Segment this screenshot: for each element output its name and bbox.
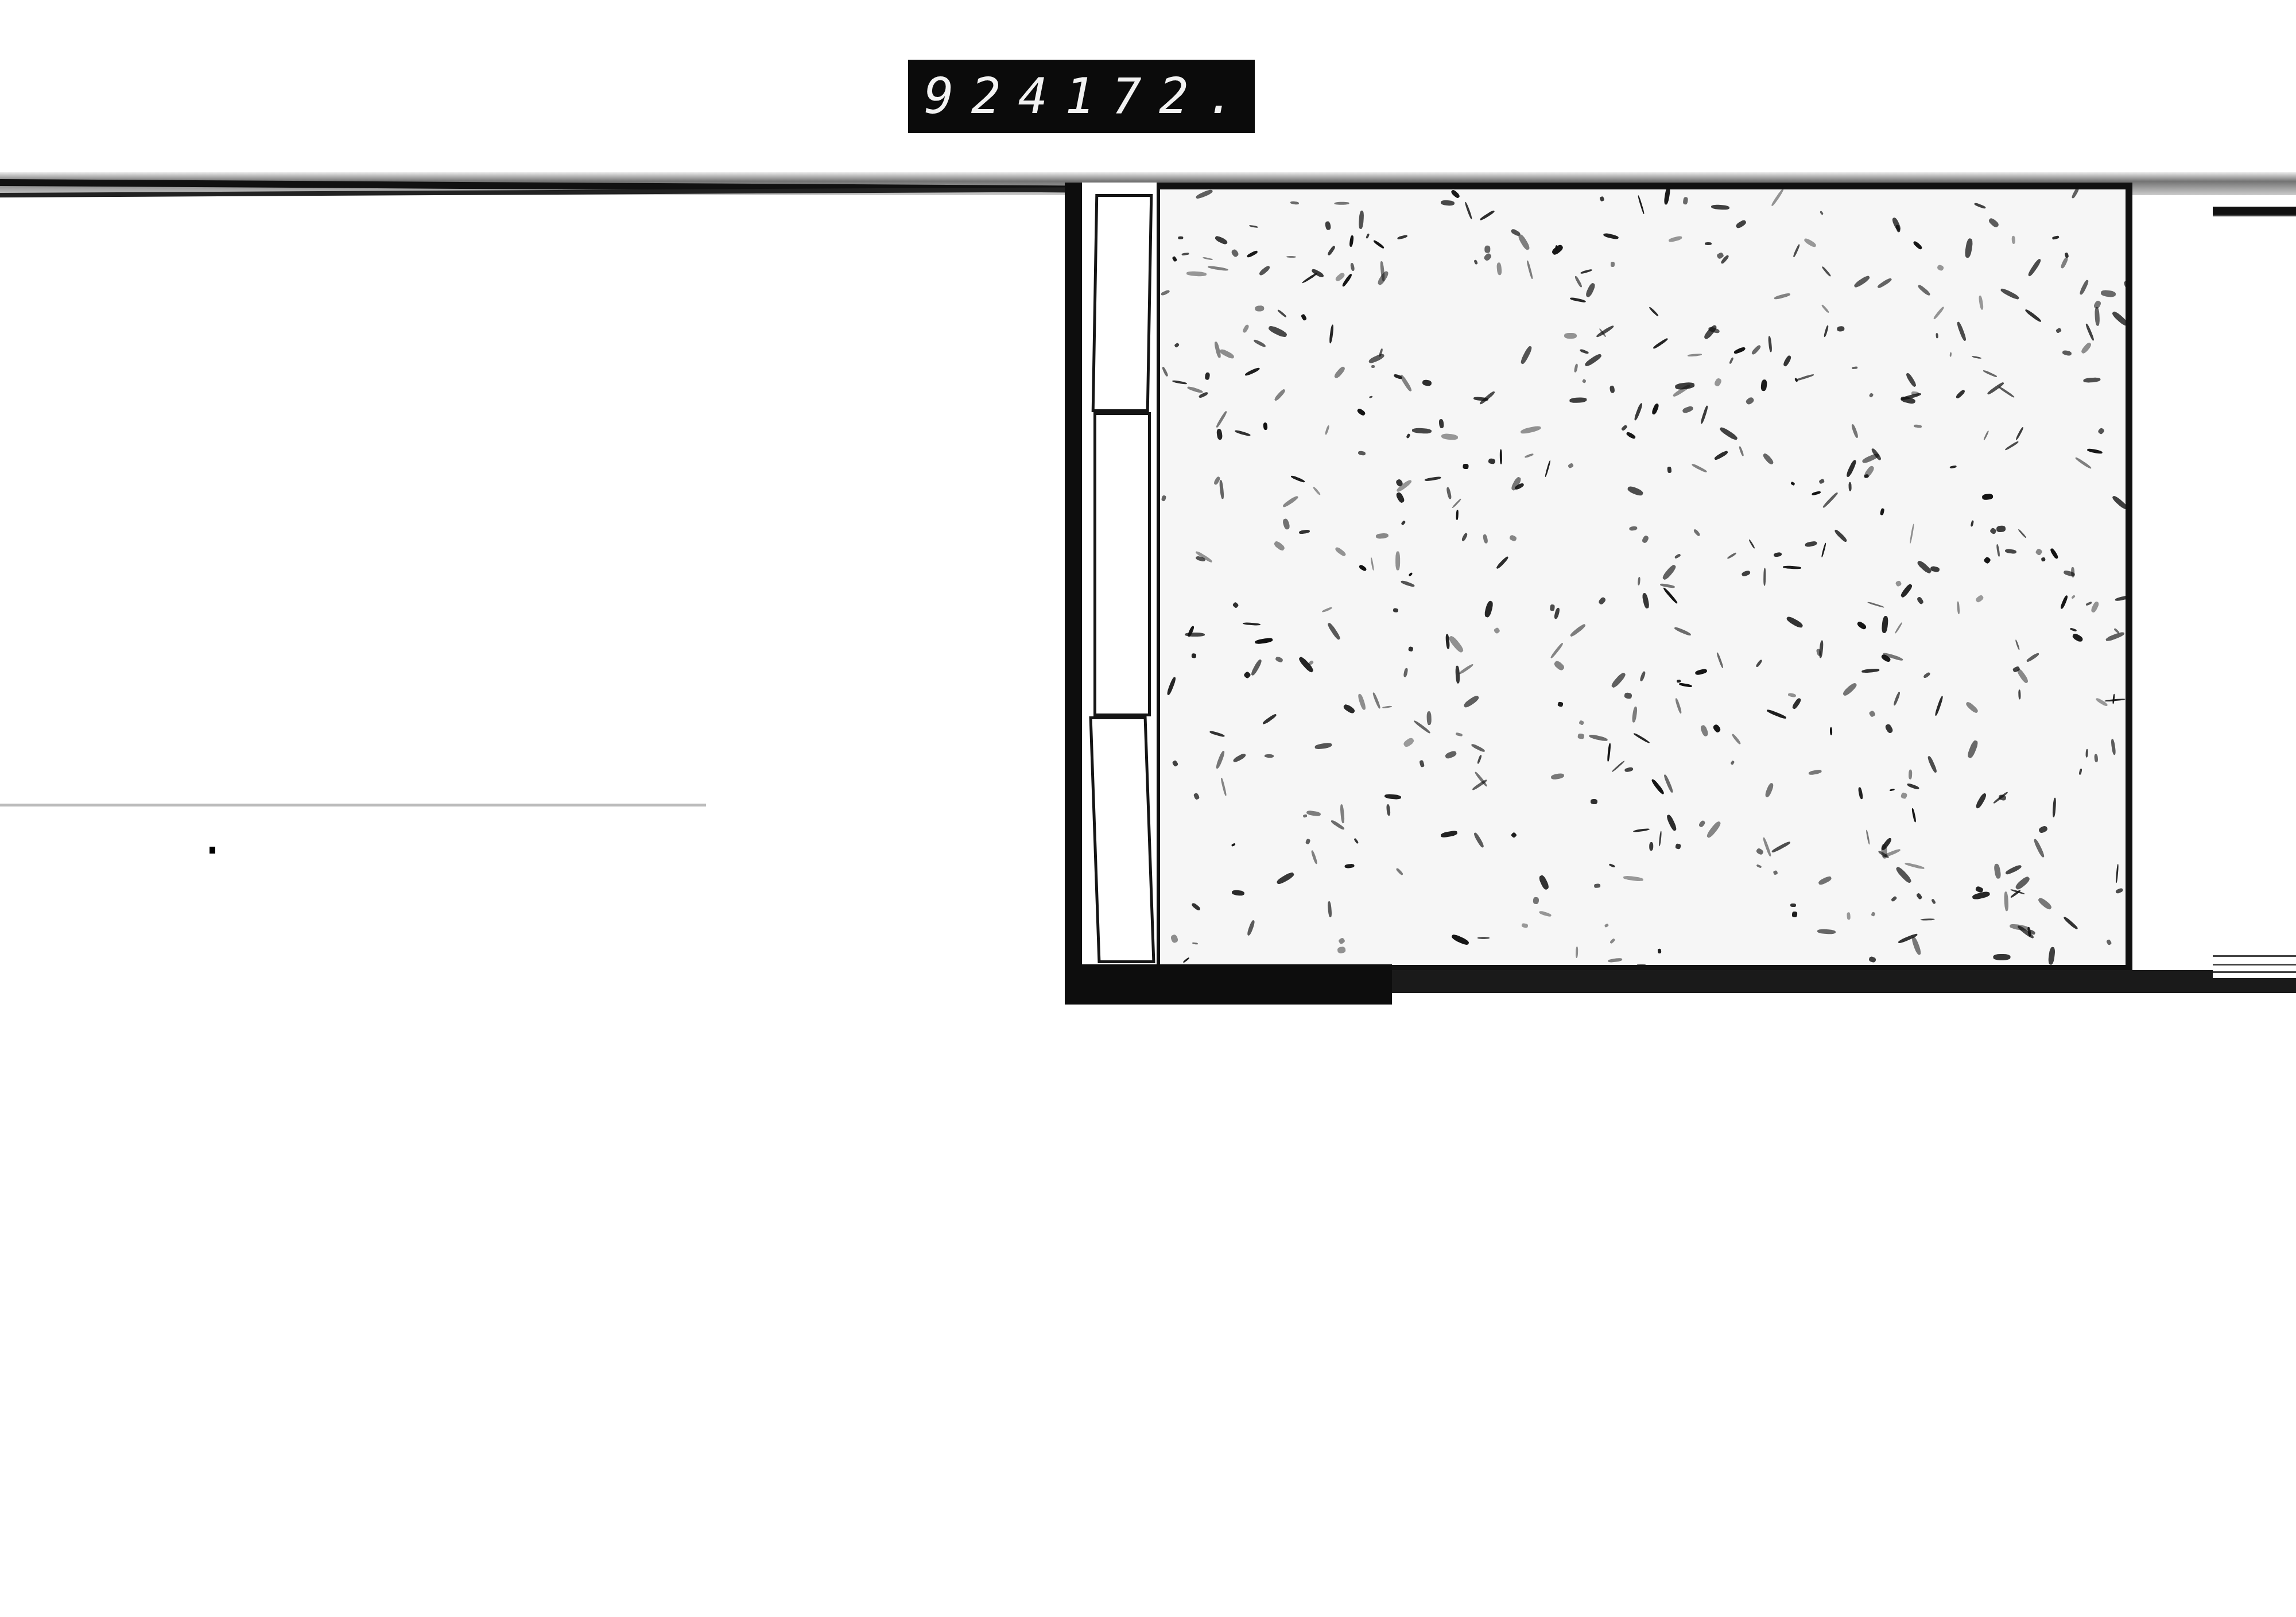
marbling-speck [1301, 272, 1317, 284]
marbling-speck [1464, 201, 1472, 220]
marbling-speck [1234, 429, 1250, 436]
marbling-speck [1242, 324, 1250, 333]
marbling-speck [1871, 912, 1875, 917]
marbling-speck [1511, 832, 1518, 839]
marbling-speck [1905, 862, 1925, 870]
marbling-speck [1349, 235, 1354, 247]
marbling-speck [2062, 916, 2078, 930]
marbling-speck [1916, 893, 1923, 901]
marbling-speck [1766, 708, 1786, 719]
marbling-speck [2111, 739, 2116, 755]
marbling-speck [1354, 838, 1359, 844]
marbling-speck [1983, 556, 1991, 564]
marbling-speck [1298, 656, 1315, 673]
marbling-speck [1569, 397, 1587, 403]
marbling-speck [2114, 595, 2131, 602]
marbling-speck [1930, 566, 1940, 573]
marbling-speck [1232, 602, 1239, 608]
marbling-speck [1216, 429, 1223, 440]
marbling-speck [1975, 595, 1984, 603]
marbling-speck [1627, 485, 1644, 497]
marbling-speck [1172, 256, 1178, 262]
marbling-speck [1891, 896, 1898, 902]
marbling-speck [1637, 577, 1640, 585]
marbling-speck [1663, 774, 1673, 793]
marbling-speck [1864, 474, 1870, 479]
marbling-speck [1231, 890, 1244, 896]
marbling-speck [1473, 832, 1485, 848]
marbling-speck [1774, 292, 1791, 300]
marbling-speck [1509, 534, 1518, 542]
marbling-speck [1382, 705, 1392, 708]
marbling-speck [1488, 458, 1496, 464]
marbling-speck [2003, 891, 2008, 912]
marbling-speck [1760, 379, 1767, 391]
marbling-speck [1577, 734, 1584, 739]
marbling-speck [1817, 875, 1832, 886]
marbling-speck [1739, 446, 1744, 456]
marbling-speck [1894, 622, 1903, 634]
marbling-speck [1500, 449, 1502, 464]
marbling-speck [1633, 828, 1650, 832]
marbling-speck [1359, 211, 1364, 229]
marbling-speck [1371, 365, 1375, 368]
marbling-speck [1338, 937, 1345, 945]
marbling-speck [1851, 424, 1859, 438]
marbling-speck [1937, 264, 1945, 272]
marbling-speck [1427, 711, 1432, 725]
marbling-speck [1325, 221, 1332, 231]
marbling-speck [1368, 353, 1386, 364]
marbling-speck [1662, 564, 1677, 581]
marbling-speck [1349, 263, 1355, 272]
marbling-speck [2048, 947, 2056, 965]
marbling-speck [1847, 912, 1851, 920]
marbling-speck [1842, 682, 1858, 697]
marbling-speck [2083, 377, 2101, 383]
marbling-speck [1160, 289, 1170, 296]
spine-panel-bottom [1089, 716, 1155, 963]
marbling-speck [2024, 308, 2042, 323]
marbling-speck [1629, 526, 1638, 531]
marbling-speck [1876, 277, 1892, 289]
marbling-speck [1588, 734, 1608, 742]
marbling-speck [2018, 529, 2027, 538]
marbling-speck [2071, 187, 2080, 199]
marbling-speck [1880, 508, 1885, 515]
marbling-speck [1934, 696, 1944, 716]
marbling-speck [1172, 379, 1187, 385]
marbling-speck [1818, 479, 1825, 485]
marbling-speck [1674, 382, 1694, 390]
marbling-speck [1957, 601, 1960, 614]
marbling-speck [1821, 304, 1830, 313]
marbling-speck [2115, 887, 2123, 894]
marbling-speck [2000, 287, 2020, 300]
marbling-speck [1273, 540, 1285, 552]
marbling-speck [1185, 633, 1205, 637]
marbling-speck [1913, 425, 1921, 428]
marbling-speck [1600, 196, 1605, 201]
marbling-speck [1808, 769, 1822, 775]
marbling-speck [1649, 842, 1653, 851]
marbling-speck [1395, 868, 1403, 876]
marbling-speck [1366, 234, 1370, 239]
marbling-speck [1484, 600, 1494, 618]
marbling-speck [1425, 476, 1441, 481]
marbling-speck [1909, 524, 1914, 544]
marbling-speck [1494, 627, 1501, 634]
marbling-speck [1395, 551, 1400, 570]
marbling-speck [1712, 724, 1721, 734]
marbling-speck [1551, 773, 1565, 780]
marbling-speck [1996, 525, 2006, 533]
book [1065, 183, 2213, 1003]
marbling-speck [1557, 701, 1564, 707]
marbling-speck [1626, 431, 1636, 439]
marbling-speck [1964, 238, 1973, 258]
marbling-speck [2074, 456, 2092, 470]
marbling-speck [1762, 837, 1771, 857]
marbling-speck [1246, 920, 1256, 936]
marbling-speck [1965, 700, 1979, 714]
marbling-speck [1277, 309, 1287, 317]
marbling-speck [1393, 608, 1399, 613]
marbling-speck [1609, 939, 1616, 945]
marbling-speck [1371, 557, 1375, 571]
marbling-speck [1603, 232, 1619, 240]
marbling-speck [1773, 870, 1778, 875]
faint-fold-line [0, 804, 706, 806]
marbling-speck [1927, 755, 1938, 773]
marbling-speck [1733, 346, 1746, 355]
marbling-speck [1867, 602, 1884, 608]
marbling-speck [1450, 189, 1461, 199]
marbling-speck [1909, 769, 1912, 779]
marbling-speck [1463, 464, 1469, 470]
marbling-speck [1305, 838, 1311, 844]
marbling-speck [1856, 621, 1867, 630]
marbling-speck [1683, 196, 1689, 204]
marbling-speck [1669, 235, 1683, 243]
frame-number: 172. [1065, 68, 1252, 125]
marbling-speck [1853, 274, 1871, 289]
marbling-speck [1711, 204, 1729, 211]
marbling-speck [1822, 492, 1838, 509]
marbling-speck [1451, 933, 1470, 945]
marbling-speck [1607, 958, 1622, 963]
marbling-speck [1438, 418, 1444, 428]
marbling-speck [2071, 595, 2075, 599]
marbling-speck [2027, 258, 2042, 277]
marbling-speck [1637, 963, 1646, 966]
marbling-speck [1215, 750, 1225, 769]
marbling-speck [1608, 863, 1615, 868]
marbling-speck [1314, 742, 1332, 750]
marbling-speck [1518, 234, 1531, 251]
marbling-speck [1675, 843, 1681, 850]
marbling-speck [1731, 733, 1742, 744]
page-bottom-edge [1392, 970, 2296, 993]
marbling-speck [1372, 692, 1381, 709]
marbling-speck [1621, 424, 1628, 431]
marbling-speck [1973, 202, 1985, 209]
marbling-speck [1333, 366, 1347, 379]
marbling-speck [1845, 459, 1857, 478]
marbling-speck [1397, 235, 1408, 240]
marbling-speck [1263, 422, 1268, 431]
marbling-speck [1208, 265, 1228, 272]
marbling-speck [1335, 202, 1349, 205]
marbling-speck [1325, 425, 1330, 435]
marbling-speck [1343, 703, 1356, 714]
marbling-speck [2085, 601, 2092, 606]
marbling-speck [1894, 866, 1912, 884]
marbling-speck [1884, 723, 1894, 734]
marbling-speck [1538, 874, 1550, 890]
marbling-speck [1395, 491, 1405, 504]
marbling-speck [1483, 253, 1492, 262]
marbling-speck [1916, 596, 1924, 605]
marbling-speck [1539, 910, 1552, 917]
marbling-speck [1949, 352, 1952, 358]
marbling-speck [1445, 750, 1457, 759]
marbling-speck [2060, 595, 2069, 609]
marbling-speck [1569, 623, 1586, 638]
marbling-speck [1356, 408, 1366, 416]
marbling-speck [2111, 310, 2129, 327]
marbling-speck [1892, 692, 1901, 706]
marbling-speck [2015, 639, 2020, 650]
marbling-speck [1865, 829, 1870, 844]
marbling-speck [1716, 652, 1724, 668]
marbling-speck [1249, 225, 1258, 228]
marbling-speck [1456, 666, 1460, 684]
marbling-speck [1310, 850, 1318, 864]
marbling-speck [1170, 934, 1179, 944]
marbling-speck [1440, 200, 1454, 206]
marbling-speck [1328, 901, 1332, 917]
marbling-speck [1803, 237, 1817, 248]
marbling-speck [1533, 897, 1539, 904]
marbling-speck [1795, 374, 1814, 381]
marbling-speck [1751, 344, 1762, 355]
marbling-speck [1756, 848, 1764, 856]
marbling-speck [1674, 698, 1682, 714]
marbling-speck [2050, 548, 2059, 559]
marbling-speck [1477, 937, 1490, 939]
marbling-speck [1921, 918, 1935, 921]
marbling-speck [1258, 265, 1271, 277]
marbling-speck [1907, 783, 1920, 790]
marbling-speck [1214, 235, 1228, 246]
marbling-speck [2097, 427, 2105, 435]
marbling-speck [1658, 831, 1662, 846]
marbling-speck [1674, 626, 1692, 637]
marbling-speck [2033, 839, 2045, 858]
marbling-speck [1967, 740, 1979, 759]
marbling-speck [1852, 367, 1858, 370]
spine-panel-middle [1093, 412, 1151, 716]
marbling-speck [1461, 533, 1468, 542]
marbling-speck [1282, 495, 1298, 508]
marbling-speck [1861, 669, 1880, 673]
marbling-speck [1658, 948, 1662, 953]
book-bottom-shadow [1065, 964, 1392, 1005]
marbling-speck [2015, 426, 2024, 440]
marbling-speck [1496, 262, 1502, 275]
marbling-speck [1590, 799, 1597, 804]
marbling-speck [1679, 683, 1693, 688]
marbling-speck [1793, 245, 1801, 258]
marbling-speck [1219, 348, 1235, 360]
marbling-speck [1730, 760, 1735, 765]
marbling-speck [1522, 923, 1529, 928]
marbling-speck [1771, 189, 1785, 207]
marbling-speck [1824, 325, 1829, 337]
marbling-speck [2107, 939, 2112, 945]
marbling-speck [1868, 393, 1874, 398]
marbling-speck [2113, 627, 2120, 634]
marbling-speck [1998, 386, 2015, 398]
marbling-speck [1719, 426, 1738, 441]
marbling-speck [1405, 433, 1410, 439]
marbling-speck [1193, 792, 1200, 800]
marbling-speck [1594, 883, 1600, 888]
marbling-speck [1372, 240, 1384, 250]
marbling-speck [1262, 713, 1277, 725]
marbling-speck [1337, 947, 1346, 954]
marbling-speck [1660, 583, 1675, 588]
marbling-speck [1480, 210, 1495, 220]
marbling-speck [1274, 389, 1286, 402]
marbling-speck [1901, 792, 1907, 799]
marbling-speck [1203, 257, 1213, 261]
marbling-speck [1868, 956, 1876, 963]
marbling-speck [1714, 450, 1728, 461]
marbling-speck [1328, 324, 1333, 343]
marbling-speck [1911, 391, 1919, 395]
marbling-speck [1790, 903, 1796, 908]
marbling-speck [2005, 864, 2022, 875]
marbling-speck [2125, 932, 2132, 941]
marbling-speck [1570, 297, 1586, 304]
marbling-speck [1755, 659, 1763, 668]
marbling-speck [1525, 453, 1534, 459]
marbling-speck [1519, 346, 1533, 365]
marbling-speck [2005, 549, 2016, 554]
marbling-speck [1477, 755, 1483, 764]
marbling-speck [1544, 460, 1550, 478]
marbling-speck [1607, 743, 1611, 762]
marbling-speck [1458, 663, 1474, 675]
marbling-speck [1446, 487, 1452, 499]
marbling-speck [1729, 357, 1734, 364]
marbling-speck [1306, 810, 1321, 817]
marbling-speck [1819, 211, 1824, 215]
marbling-speck [1833, 529, 1848, 543]
marbling-speck [1913, 241, 1923, 250]
marbling-speck [2062, 350, 2072, 356]
marbling-speck [2105, 631, 2124, 643]
marbling-speck [1290, 475, 1305, 484]
marbling-speck [1441, 433, 1459, 441]
marbling-speck [1662, 587, 1678, 604]
marbling-speck [1456, 732, 1463, 736]
marbling-speck [1905, 372, 1917, 387]
marbling-speck [1762, 452, 1774, 466]
marbling-speck [1955, 389, 1965, 399]
marbling-speck [1956, 321, 1967, 342]
marbling-speck [1700, 405, 1709, 424]
marbling-speck [2105, 699, 2126, 702]
marbling-speck [2101, 289, 2117, 297]
marbling-speck [1631, 706, 1638, 722]
marbling-speck [1817, 929, 1836, 934]
marbling-speck [1773, 552, 1782, 557]
marbling-speck [1445, 634, 1450, 649]
marbling-speck [1327, 246, 1336, 257]
marbling-speck [1301, 313, 1308, 321]
marbling-speck [2004, 441, 2019, 451]
marbling-speck [1243, 622, 1261, 626]
marbling-speck [1771, 841, 1791, 854]
marbling-speck [1584, 282, 1596, 298]
marbling-speck [1911, 808, 1917, 822]
marbling-speck [1665, 814, 1677, 832]
marbling-speck [1972, 890, 1990, 900]
marbling-speck [1192, 942, 1198, 944]
marbling-speck [1221, 777, 1227, 796]
marbling-speck [1161, 495, 1166, 501]
marbling-speck [1327, 622, 1341, 641]
marbling-speck [1299, 530, 1310, 534]
marbling-speck [1574, 363, 1578, 373]
marbling-speck [1698, 820, 1706, 828]
marbling-speck [2085, 749, 2088, 757]
marbling-speck [1970, 520, 1974, 527]
marbling-speck [1713, 378, 1722, 387]
marbling-speck [1190, 902, 1201, 912]
marbling-speck [1688, 354, 1702, 357]
marbling-speck [1409, 646, 1414, 652]
marbling-speck [1243, 671, 1251, 679]
film-frame-label: 924 172. [908, 60, 1255, 133]
marbling-speck [1791, 482, 1795, 486]
marbling-speck [1463, 695, 1480, 709]
marbling-speck [1653, 338, 1668, 350]
marbling-speck [1612, 760, 1626, 772]
marbling-speck [1219, 480, 1224, 499]
marbling-speck [1526, 260, 1533, 279]
marbling-speck [1448, 634, 1465, 653]
marbling-speck [1209, 731, 1225, 738]
marbling-speck [1705, 242, 1712, 245]
marbling-speck [1783, 566, 1801, 569]
marbling-speck [1419, 760, 1425, 768]
reel-number: 924 [924, 68, 1065, 125]
marbling-speck [1933, 306, 1945, 320]
marbling-speck [2053, 798, 2057, 817]
marbling-speck [1682, 405, 1694, 414]
marbling-speck [1186, 386, 1203, 394]
marbling-speck [1484, 246, 1490, 253]
marbling-speck [1983, 431, 1989, 441]
marbling-speck [1931, 898, 1936, 904]
marbling-speck [1978, 295, 1984, 309]
marbling-speck [1910, 936, 1922, 956]
marbling-speck [1456, 510, 1459, 520]
